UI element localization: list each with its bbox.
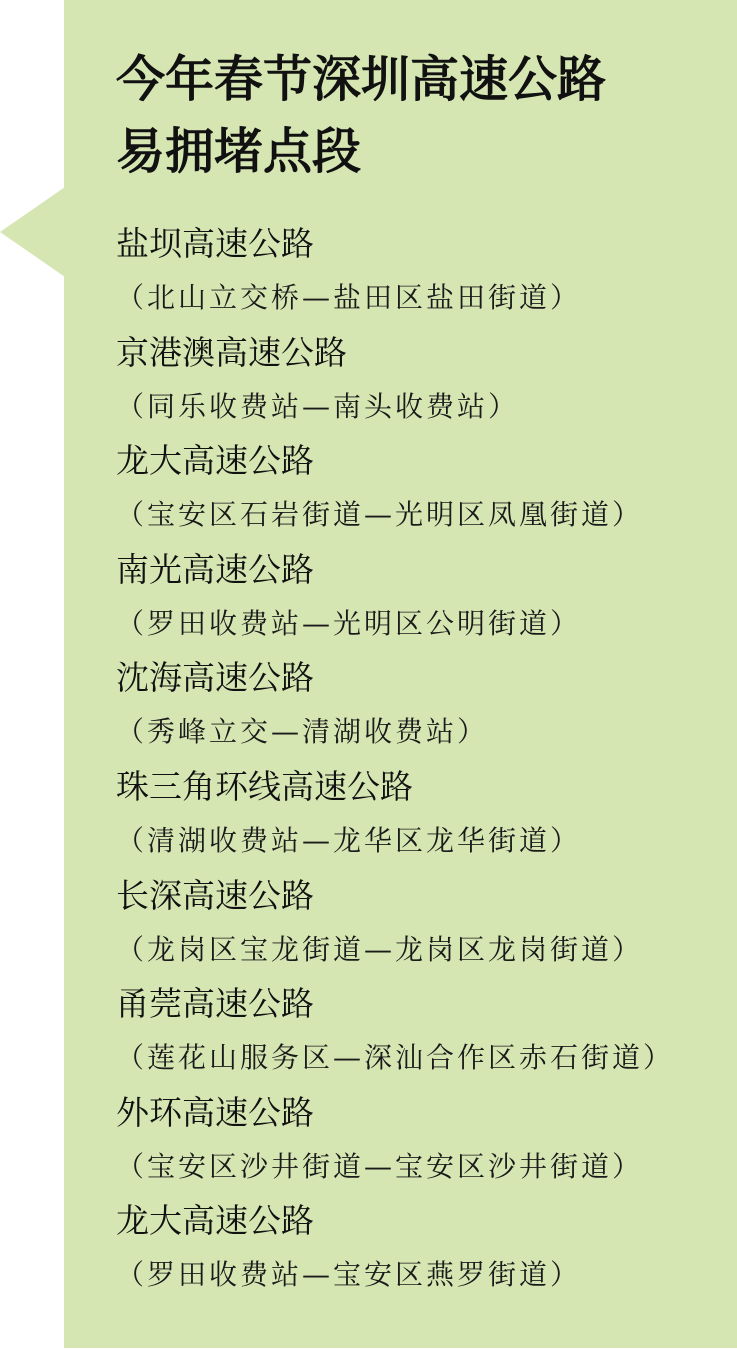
road-section: （罗田收费站—宝安区燕罗街道） bbox=[116, 1247, 731, 1303]
list-item: 外环高速公路 （宝安区沙井街道—宝安区沙井街道） bbox=[116, 1087, 731, 1196]
page-title: 今年春节深圳高速公路 易拥堵点段 bbox=[116, 44, 716, 188]
road-section: （同乐收费站—南头收费站） bbox=[116, 379, 731, 435]
callout-arrow-tab bbox=[0, 187, 65, 277]
road-name: 长深高速公路 bbox=[116, 870, 731, 922]
road-name: 盐坝高速公路 bbox=[116, 218, 731, 270]
road-section: （龙岗区宝龙街道—龙岗区龙岗街道） bbox=[116, 922, 731, 978]
road-name: 沈海高速公路 bbox=[116, 652, 731, 704]
list-item: 龙大高速公路 （罗田收费站—宝安区燕罗街道） bbox=[116, 1195, 731, 1304]
list-item: 长深高速公路 （龙岗区宝龙街道—龙岗区龙岗街道） bbox=[116, 870, 731, 979]
list-item: 南光高速公路 （罗田收费站—光明区公明街道） bbox=[116, 544, 731, 653]
road-name: 京港澳高速公路 bbox=[116, 327, 731, 379]
title-line-2: 易拥堵点段 bbox=[116, 123, 361, 180]
title-line-1: 今年春节深圳高速公路 bbox=[116, 51, 606, 108]
road-name: 甬莞高速公路 bbox=[116, 978, 731, 1030]
road-name: 龙大高速公路 bbox=[116, 1195, 731, 1247]
list-item: 沈海高速公路 （秀峰立交—清湖收费站） bbox=[116, 652, 731, 761]
list-item: 京港澳高速公路 （同乐收费站—南头收费站） bbox=[116, 327, 731, 436]
congestion-points-list: 盐坝高速公路 （北山立交桥—盐田区盐田街道） 京港澳高速公路 （同乐收费站—南头… bbox=[116, 218, 731, 1304]
list-item: 龙大高速公路 （宝安区石岩街道—光明区凤凰街道） bbox=[116, 435, 731, 544]
road-name: 南光高速公路 bbox=[116, 544, 731, 596]
road-section: （清湖收费站—龙华区龙华街道） bbox=[116, 813, 731, 869]
road-section: （宝安区沙井街道—宝安区沙井街道） bbox=[116, 1139, 731, 1195]
road-name: 龙大高速公路 bbox=[116, 435, 731, 487]
road-section: （罗田收费站—光明区公明街道） bbox=[116, 596, 731, 652]
list-item: 珠三角环线高速公路 （清湖收费站—龙华区龙华街道） bbox=[116, 761, 731, 870]
road-section: （宝安区石岩街道—光明区凤凰街道） bbox=[116, 487, 731, 543]
road-section: （秀峰立交—清湖收费站） bbox=[116, 704, 731, 760]
road-name: 珠三角环线高速公路 bbox=[116, 761, 731, 813]
road-section: （北山立交桥—盐田区盐田街道） bbox=[116, 270, 731, 326]
road-section: （莲花山服务区—深汕合作区赤石街道） bbox=[116, 1030, 731, 1086]
road-name: 外环高速公路 bbox=[116, 1087, 731, 1139]
list-item: 甬莞高速公路 （莲花山服务区—深汕合作区赤石街道） bbox=[116, 978, 731, 1087]
list-item: 盐坝高速公路 （北山立交桥—盐田区盐田街道） bbox=[116, 218, 731, 327]
